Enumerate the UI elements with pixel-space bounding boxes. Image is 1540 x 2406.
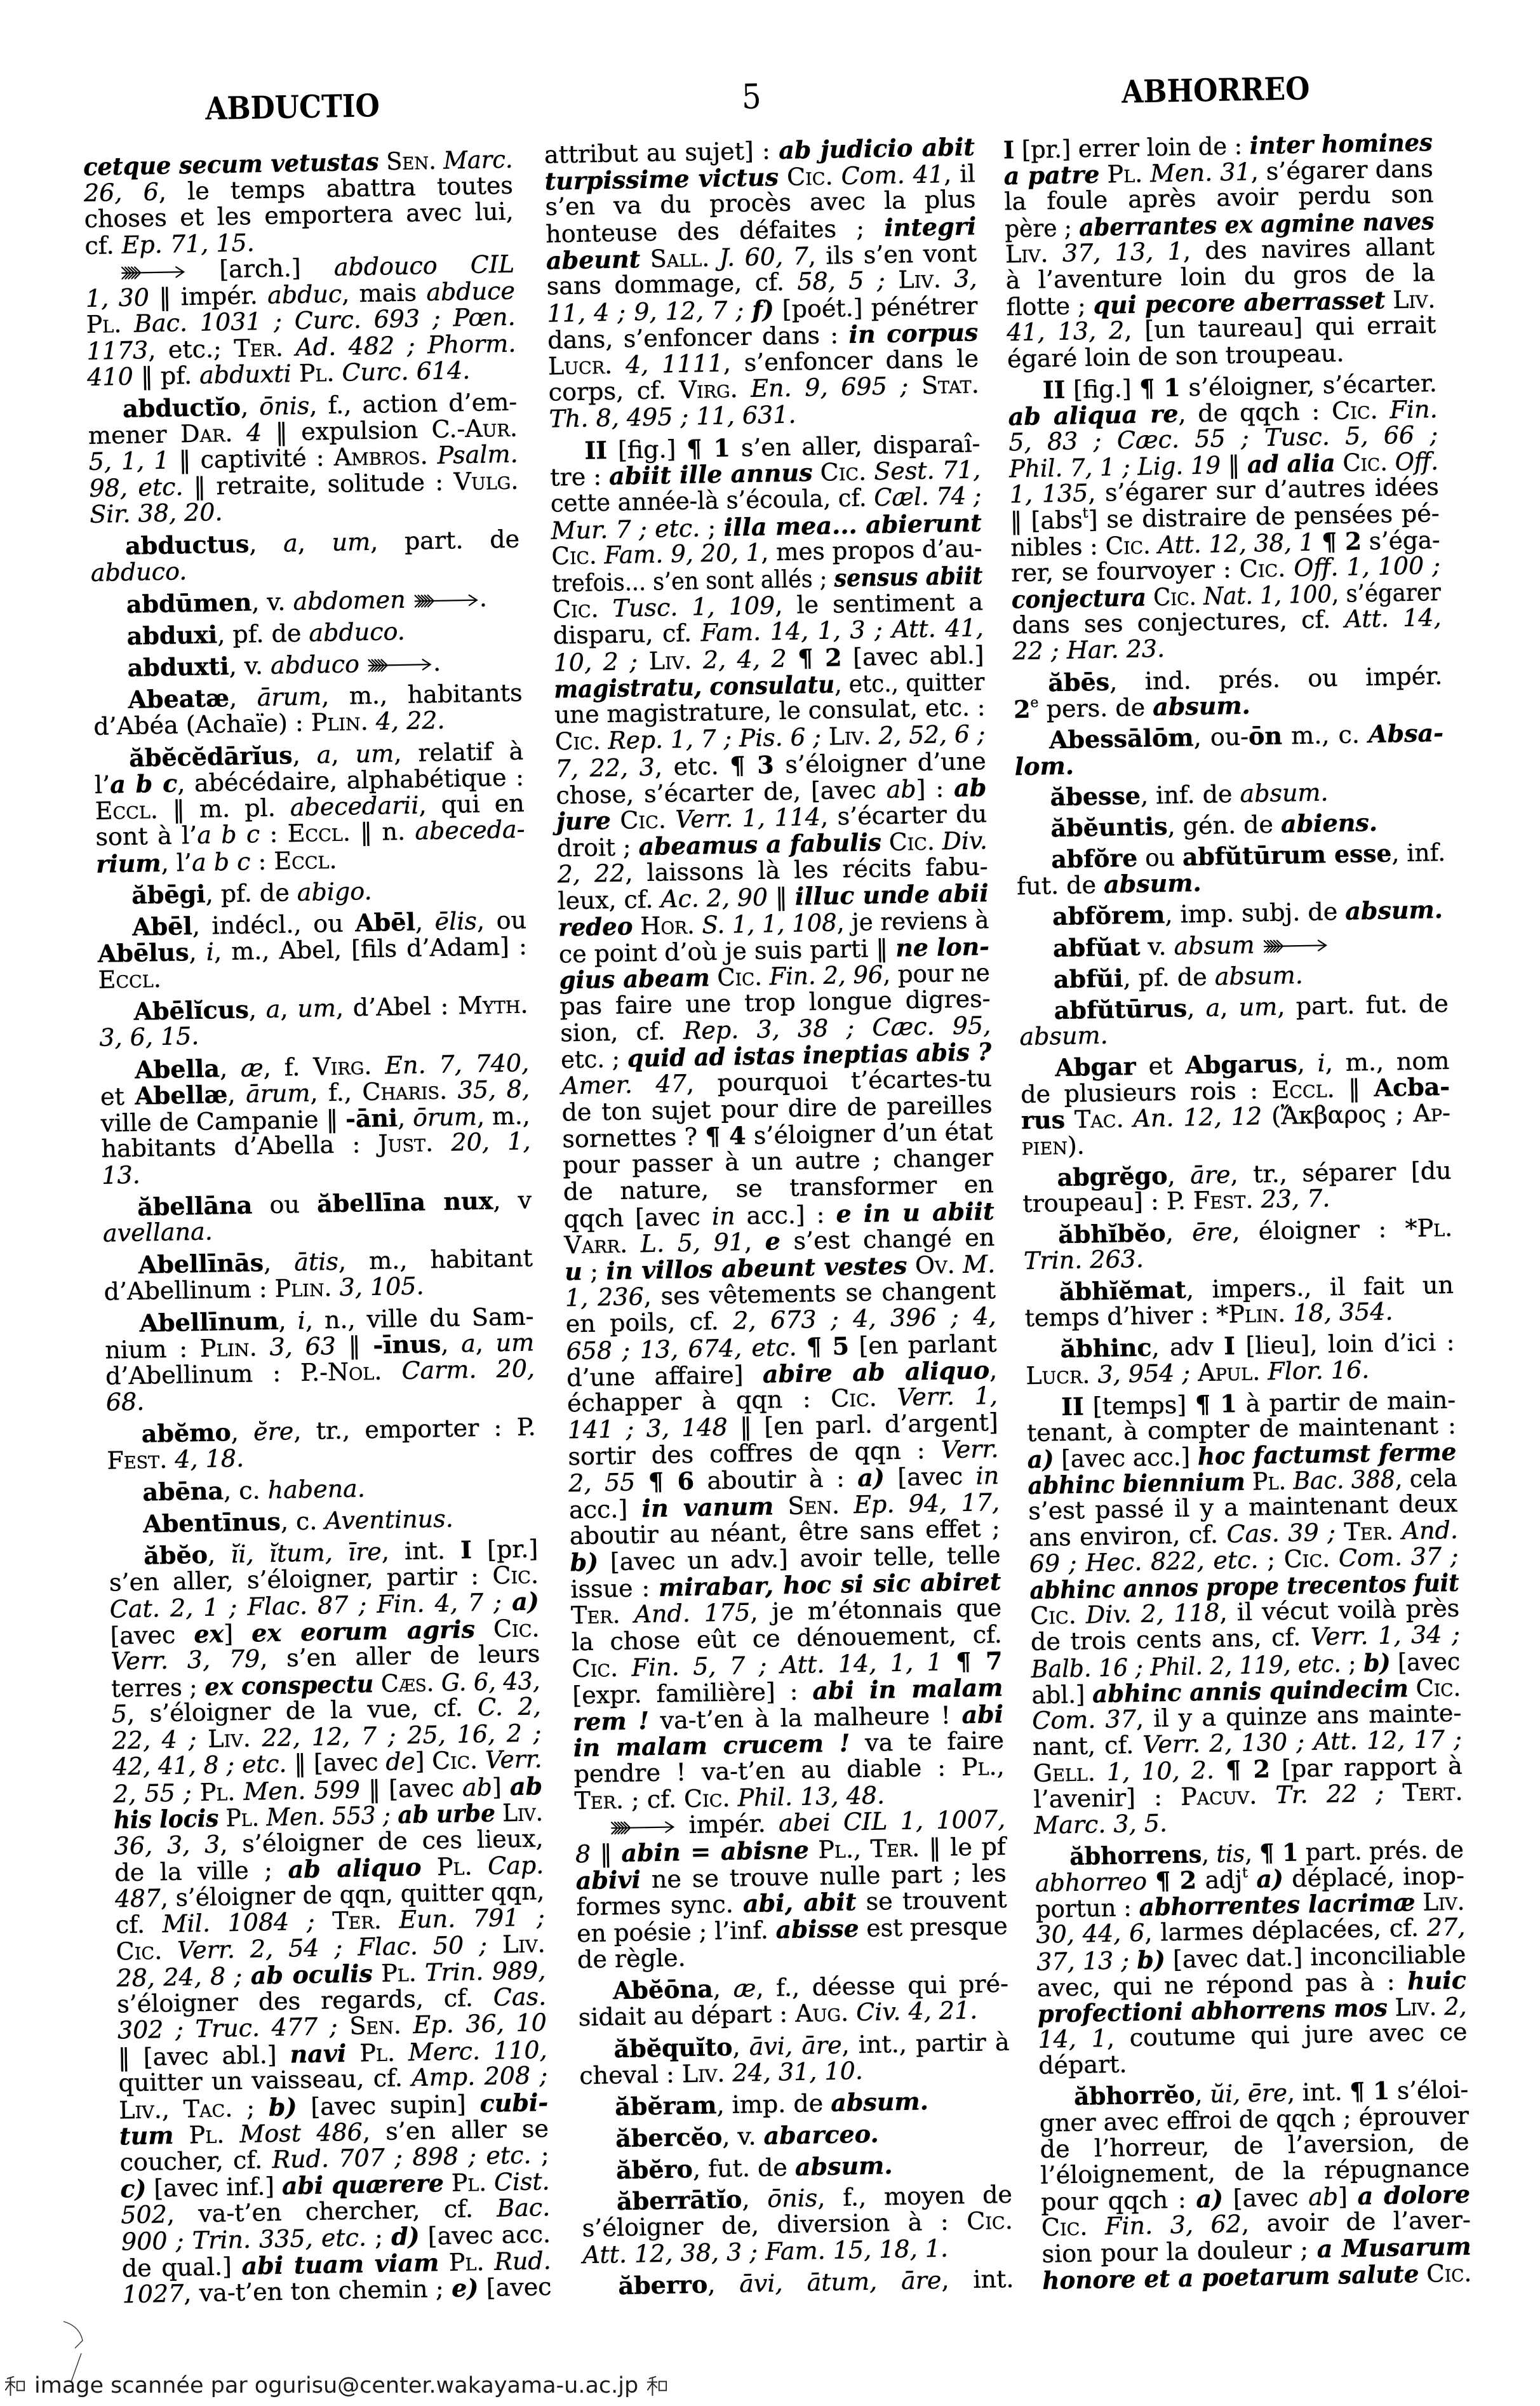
latin-example: f) bbox=[752, 295, 774, 324]
italic-reference: Cap. bbox=[488, 1851, 544, 1880]
text-line: 410 ‖ pf. abduxti Pl. Curc. 614. bbox=[87, 357, 517, 391]
author-abbreviation: Liv. bbox=[502, 1930, 546, 1958]
text-run bbox=[1087, 2212, 1105, 2240]
bold-text: ăbĕquĭto bbox=[613, 2033, 733, 2063]
text-run bbox=[173, 2121, 189, 2149]
author-abbreviation: Apul. bbox=[1198, 1357, 1261, 1387]
text-run: terres ; bbox=[111, 1673, 205, 1703]
text-run: [avec abl.] bbox=[841, 641, 984, 671]
bold-text: Abgarus bbox=[1185, 1049, 1297, 1079]
text-line: d’Abéa (Achaïe) : Plin. 4, 22. bbox=[93, 706, 523, 740]
italic-reference: Ac. 2, 90 bbox=[660, 884, 768, 913]
text-line: abduxti, v. abduco . bbox=[92, 647, 522, 682]
dictionary-entry: abduxi, pf. de abduco. bbox=[91, 615, 521, 650]
text-run: , relatif à bbox=[394, 737, 524, 767]
italic-reference: 18, 354. bbox=[1293, 1298, 1393, 1327]
text-run bbox=[1335, 449, 1343, 477]
author-abbreviation: Sen. bbox=[386, 147, 436, 175]
text-run bbox=[907, 1251, 915, 1279]
entry-continuation: cetque secum vetustas Sen. Marc.26, 6, l… bbox=[83, 146, 514, 259]
italic-reference: abduc bbox=[267, 279, 342, 309]
text-run: ; cf. bbox=[624, 1785, 685, 1814]
column-1: cetque secum vetustas Sen. Marc.26, 6, l… bbox=[83, 146, 552, 2308]
text-line: Th. 8, 495 ; 11, 631. bbox=[549, 398, 980, 433]
bold-text: I bbox=[460, 1535, 472, 1564]
latin-example: b) bbox=[1137, 1945, 1165, 1974]
text-run: , bbox=[707, 2270, 740, 2299]
italic-reference: 2, 55 bbox=[568, 1468, 636, 1498]
latin-example: abeamus a fabulis bbox=[638, 828, 881, 861]
text-run: , bbox=[1165, 1218, 1192, 1247]
superscript: e bbox=[1030, 695, 1039, 711]
text-run: , bbox=[475, 1329, 496, 1358]
italic-reference: 3, bbox=[954, 265, 977, 293]
latin-example: a) bbox=[1196, 2184, 1223, 2214]
bold-text: 2 bbox=[1014, 695, 1031, 723]
italic-reference: Bac. bbox=[497, 2193, 551, 2222]
text-run: est presque bbox=[859, 1912, 1008, 1942]
text-line: ăbĕram, imp. de absum. bbox=[580, 2087, 1011, 2121]
text-run: ‖ [avec bbox=[360, 1773, 463, 1803]
italic-reference: 5 bbox=[111, 1700, 127, 1728]
dictionary-entry: abēna, c. habena. bbox=[107, 1472, 537, 1506]
text-run: égaré loin de son troupeau. bbox=[1007, 339, 1344, 373]
italic-reference: 2, 52, 6 ; bbox=[878, 720, 986, 749]
text-run bbox=[1142, 159, 1151, 187]
italic-reference: ab bbox=[462, 1773, 493, 1801]
dictionary-entry: abĕmo, ĕre, tr., emporter : P.Fest. 4, 1… bbox=[106, 1414, 536, 1474]
text-run bbox=[1408, 1674, 1416, 1702]
right-guide-word: ABHORREO bbox=[1122, 74, 1310, 109]
author-abbreviation: Liv. bbox=[1423, 1888, 1465, 1916]
text-run: , bbox=[1220, 993, 1239, 1022]
text-run bbox=[427, 441, 438, 469]
text-run bbox=[1076, 1601, 1086, 1629]
italic-reference: Sest. 71, bbox=[874, 455, 981, 485]
text-run: , bbox=[249, 530, 284, 558]
text-run bbox=[283, 333, 295, 361]
italic-reference: Com. 37 ; bbox=[1339, 1542, 1459, 1572]
author-abbreviation: Pl. bbox=[818, 1835, 854, 1864]
text-line: d’Abellinum : Plin. 3, 105. bbox=[104, 1271, 533, 1305]
latin-example: abeunt bbox=[546, 245, 641, 275]
text-run: , c. bbox=[224, 1476, 268, 1505]
bold-text: Abēlĭcus bbox=[133, 995, 249, 1025]
text-run: flotte ; bbox=[1006, 292, 1094, 321]
text-run: [fig.] bbox=[607, 434, 687, 464]
text-run bbox=[382, 1357, 402, 1385]
text-run bbox=[1147, 1867, 1156, 1895]
text-run: ‖ retraite, solitude : bbox=[183, 467, 454, 501]
bold-text: ¶ 3 bbox=[730, 750, 774, 779]
text-run bbox=[761, 963, 770, 991]
dictionary-entry: ăbhorrĕo, ŭi, ēre, int. ¶ 1 s’éloi-gner … bbox=[1039, 2076, 1472, 2294]
italic-reference: Carm. 20, bbox=[401, 1354, 535, 1385]
author-abbreviation: Ter. bbox=[574, 1785, 624, 1814]
latin-example: Absa- bbox=[1369, 718, 1444, 748]
text-run: ; bbox=[366, 2223, 392, 2252]
italic-reference: a bbox=[283, 529, 298, 557]
author-abbreviation: Pl. bbox=[449, 2248, 485, 2276]
text-run: , inf. de bbox=[1141, 780, 1240, 810]
text-run: , s’égarer bbox=[1332, 578, 1442, 608]
text-run: , bbox=[1167, 1161, 1191, 1190]
latin-example: conjectura bbox=[1012, 583, 1147, 614]
italic-reference: abigo. bbox=[297, 877, 372, 906]
italic-reference: Verr. bbox=[485, 1745, 542, 1774]
column-3: I [pr.] errer loin de : inter hominesa p… bbox=[1003, 129, 1472, 2294]
latin-example: absum. bbox=[1153, 690, 1250, 721]
italic-reference: 2, 4, 2 bbox=[702, 645, 787, 674]
author-abbreviation: Cic. bbox=[1283, 1544, 1330, 1573]
text-run: ‖ bbox=[335, 1331, 373, 1360]
text-run: [arch.] bbox=[186, 253, 334, 284]
text-run: ‖ le pf bbox=[920, 1832, 1007, 1862]
italic-reference: 3, 63 bbox=[269, 1332, 336, 1361]
text-run: ‖ bbox=[1334, 1074, 1374, 1103]
dictionary-entry: [arch.] abdouco CIL1, 30 ‖ impér. abduc,… bbox=[85, 252, 517, 391]
dictionary-entry: II [temps] ¶ 1 à partir de main-tenant, … bbox=[1026, 1386, 1464, 1838]
latin-example: qui pecore aberrasset bbox=[1093, 286, 1385, 319]
bold-text: II bbox=[1061, 1392, 1084, 1421]
italic-reference: Trin. 263. bbox=[1024, 1245, 1144, 1275]
italic-reference: 1, 236 bbox=[565, 1282, 645, 1312]
text-run bbox=[596, 541, 605, 569]
italic-reference: Verr. 1, bbox=[897, 1381, 998, 1411]
text-run: droit ; bbox=[557, 833, 639, 862]
text-run: , m., Abel, [fils d’Adam] : bbox=[214, 932, 528, 966]
italic-reference: Ep. 71, 15. bbox=[121, 229, 255, 259]
text-run: , v. bbox=[229, 652, 271, 680]
text-run: , bbox=[713, 1975, 733, 2003]
dictionary-entry: II [fig.] ¶ 1 s’en aller, disparaî-tre :… bbox=[549, 430, 1005, 1815]
italic-reference: abecedarii bbox=[290, 791, 418, 821]
text-run bbox=[786, 645, 798, 673]
italic-reference: abduco. bbox=[91, 557, 187, 587]
bold-text: ¶ 2 bbox=[1226, 1754, 1271, 1784]
author-abbreviation: Cic. bbox=[492, 1561, 539, 1589]
text-run: , bbox=[264, 1248, 295, 1277]
author-abbreviation: Ambros. bbox=[333, 441, 428, 471]
latin-example: e bbox=[765, 1227, 780, 1255]
italic-reference: abduco. bbox=[309, 617, 405, 647]
text-run bbox=[1384, 1778, 1403, 1807]
text-run: : bbox=[250, 847, 274, 875]
text-run: [avec inf.] bbox=[146, 2172, 282, 2203]
author-abbreviation: Liv. bbox=[502, 1798, 543, 1827]
dictionary-entry: ăbhinc, adv I [lieu], loin d’ici :Lucr. … bbox=[1025, 1329, 1455, 1389]
italic-reference: 3, 105. bbox=[339, 1272, 424, 1301]
italic-reference: āre bbox=[1190, 1160, 1231, 1189]
bold-text: ăbellīna nux bbox=[317, 1186, 493, 1218]
author-abbreviation: Varr. bbox=[564, 1230, 627, 1260]
text-run: , il bbox=[944, 159, 975, 188]
text-run: temps d’hiver : * bbox=[1024, 1301, 1229, 1333]
text-run: issue : bbox=[570, 1574, 659, 1604]
author-abbreviation: pien bbox=[1021, 1131, 1068, 1160]
author-abbreviation: Pl. bbox=[225, 1804, 259, 1832]
text-run bbox=[346, 2039, 360, 2067]
text-run bbox=[196, 1725, 208, 1753]
italic-reference: habena. bbox=[267, 1474, 365, 1504]
author-abbreviation: Ter. bbox=[1344, 1517, 1393, 1545]
author-abbreviation: Tert. bbox=[1402, 1777, 1463, 1806]
author-abbreviation: Lucr. bbox=[548, 351, 613, 380]
text-run: ; bbox=[1341, 1649, 1363, 1677]
bold-text: ¶ 2 bbox=[1155, 1865, 1197, 1895]
text-run: , imp. subj. de bbox=[1165, 897, 1346, 929]
italic-reference: Civ. 4, 21. bbox=[856, 1996, 978, 2026]
author-abbreviation: Cic. bbox=[572, 1654, 618, 1683]
bold-text: abductus bbox=[125, 530, 250, 561]
author-abbreviation: Gell. bbox=[1033, 1759, 1095, 1788]
author-abbreviation: Cic. bbox=[551, 542, 597, 570]
author-abbreviation: Cic. bbox=[1030, 1601, 1076, 1630]
text-run: [avec bbox=[1223, 2183, 1309, 2212]
text-run bbox=[224, 2120, 240, 2148]
text-run: cette année-là s’écoula, cf. bbox=[551, 483, 874, 517]
dictionary-entry: ăbercĕo, v. abarceo. bbox=[580, 2118, 1012, 2153]
text-run bbox=[1257, 1781, 1276, 1810]
text-run: , fut. de bbox=[692, 2153, 795, 2183]
author-abbreviation: Liv. bbox=[681, 2059, 725, 2087]
text-line: ăbercĕo, v. abarceo. bbox=[580, 2118, 1012, 2153]
latin-example: lom. bbox=[1014, 751, 1074, 781]
text-run: fut. de bbox=[1017, 871, 1104, 901]
text-run bbox=[121, 310, 135, 338]
dictionary-entry: Abēl, indécl., ou Abēl, ēlis, ouAbēlus, … bbox=[97, 906, 528, 993]
text-run bbox=[372, 1959, 381, 1987]
text-run: , int. bbox=[1287, 2078, 1350, 2107]
text-run bbox=[709, 243, 720, 271]
text-run bbox=[871, 722, 879, 749]
italic-reference: 36, 3, 3 bbox=[114, 1830, 220, 1860]
text-run: , c. bbox=[280, 1507, 325, 1535]
text-run: père ; bbox=[1005, 213, 1080, 243]
text-run bbox=[235, 1777, 244, 1805]
text-line: absum. bbox=[1019, 1016, 1449, 1051]
text-run bbox=[934, 827, 942, 855]
text-line: 22 ; Har. 23. bbox=[1012, 631, 1442, 665]
bold-text: abĕmo bbox=[141, 1418, 231, 1448]
text-run: , bbox=[229, 683, 258, 712]
bold-text: ăbercĕo bbox=[615, 2122, 723, 2153]
bold-text: Abēlus bbox=[97, 938, 189, 969]
dictionary-entry: abduxti, v. abduco . bbox=[92, 647, 522, 682]
author-abbreviation: Eccl. bbox=[1271, 1075, 1335, 1104]
italic-reference: Flor. 16. bbox=[1268, 1355, 1370, 1385]
text-run: [avec bbox=[1390, 1647, 1460, 1676]
italic-reference: Verr. 1, 34 ; bbox=[1310, 1620, 1460, 1651]
text-run bbox=[627, 1230, 641, 1258]
bold-text: ăbĕuntis bbox=[1050, 812, 1168, 842]
text-run: se trouvent bbox=[856, 1885, 1007, 1916]
text-run: , pf. de bbox=[205, 878, 297, 908]
italic-reference: 4, 1111 bbox=[626, 349, 724, 379]
text-run: ‖ bbox=[591, 1839, 622, 1868]
text-run: portun : bbox=[1035, 1893, 1139, 1923]
text-run bbox=[881, 828, 889, 856]
text-run: , bbox=[227, 1080, 246, 1109]
author-abbreviation: Cic. bbox=[967, 2207, 1013, 2235]
author-abbreviation: Cæs. bbox=[380, 1669, 434, 1698]
italic-reference: ārum bbox=[257, 682, 321, 711]
latin-example: e) bbox=[452, 2273, 479, 2302]
text-run: , v bbox=[493, 1186, 532, 1214]
bold-text: Abessālōm bbox=[1049, 723, 1194, 754]
wa-kanji-icon bbox=[5, 2375, 25, 2396]
author-abbreviation: Liv. bbox=[119, 2095, 162, 2124]
author-abbreviation: Cic. bbox=[620, 806, 666, 835]
latin-example: abi, abit bbox=[743, 1888, 857, 1918]
text-run bbox=[942, 1648, 956, 1676]
bold-text: ōn bbox=[1249, 721, 1283, 750]
text-run: , bbox=[278, 1307, 298, 1335]
latin-example: a) bbox=[1256, 1864, 1283, 1893]
author-abbreviation: Plin. bbox=[1228, 1300, 1286, 1329]
italic-reference: Rud. bbox=[494, 2247, 551, 2276]
dictionary-entry: abfŭi, pf. de absum. bbox=[1019, 958, 1449, 993]
bold-text: ¶ 1 bbox=[1139, 373, 1181, 402]
text-run bbox=[486, 2168, 495, 2196]
italic-reference: Ad. 482 ; Phorm. bbox=[295, 329, 516, 361]
italic-reference: avellana. bbox=[103, 1218, 213, 1247]
text-line: troupeau] : P. Fest. 23, 7. bbox=[1022, 1183, 1452, 1218]
text-run bbox=[833, 162, 841, 190]
italic-reference: 14, 1 bbox=[1038, 2024, 1107, 2053]
dictionary-entry: ăbhĭĕmat, impers., il fait untemps d’hiv… bbox=[1024, 1272, 1454, 1332]
author-abbreviation: Plin. bbox=[274, 1274, 332, 1303]
italic-reference: 30, 44, 6 bbox=[1036, 1919, 1145, 1949]
text-run: ; bbox=[582, 1257, 606, 1286]
text-run: , bbox=[280, 995, 298, 1023]
text-run bbox=[737, 375, 751, 403]
italic-reference: 1173 bbox=[86, 336, 149, 365]
author-abbreviation: Cic. bbox=[493, 1614, 540, 1643]
text-line: égaré loin de son troupeau. bbox=[1007, 339, 1437, 373]
text-run bbox=[250, 1724, 262, 1752]
bold-text: abēna bbox=[142, 1476, 224, 1506]
text-run: , ou- bbox=[1193, 722, 1249, 751]
text-run bbox=[1330, 1544, 1339, 1572]
text-run: tre : bbox=[550, 462, 610, 492]
author-abbreviation: Cic. bbox=[1105, 531, 1151, 560]
scan-credit-text: image scannée par ogurisu@center.wakayam… bbox=[34, 2373, 638, 2398]
latin-example: abhorrentes lacrimæ bbox=[1139, 1888, 1416, 1921]
italic-reference: S. 1, 1, 108 bbox=[702, 908, 837, 939]
text-run: nant, cf. bbox=[1033, 1731, 1143, 1761]
text-run bbox=[337, 2012, 350, 2040]
dictionary-entry: Abellīnum, i, n., ville du Sam-nium : Pl… bbox=[104, 1303, 535, 1416]
dictionary-entry: abdūmen, v. abdomen . bbox=[91, 584, 521, 618]
bold-text: Abēl bbox=[355, 907, 415, 937]
italic-reference: Verr. bbox=[941, 1435, 998, 1464]
bold-text: abfŏre bbox=[1051, 843, 1138, 873]
text-run bbox=[191, 1778, 200, 1806]
italic-reference: Aventinus. bbox=[325, 1505, 453, 1535]
author-abbreviation: Pl. bbox=[381, 1959, 417, 1987]
latin-example: abarceo. bbox=[763, 2119, 879, 2149]
author-abbreviation: C.-Aur. bbox=[431, 413, 518, 443]
text-run: part. prés. de bbox=[1298, 1835, 1464, 1866]
italic-reference: Marc. 3, 5. bbox=[1034, 1809, 1168, 1839]
text-run bbox=[744, 296, 753, 324]
text-run: ‖ bbox=[1221, 451, 1248, 480]
text-run: de qual.] bbox=[121, 2252, 242, 2282]
text-run bbox=[372, 1051, 385, 1079]
bold-text: Abĕōna bbox=[613, 1975, 714, 2005]
text-run bbox=[1260, 1357, 1268, 1385]
text-run bbox=[694, 911, 702, 939]
latin-example: e in u abiit bbox=[836, 1196, 994, 1228]
text-run bbox=[876, 1383, 897, 1412]
author-abbreviation: Ter. bbox=[870, 1834, 920, 1862]
author-abbreviation: Virg. bbox=[313, 1051, 372, 1080]
italic-reference: Sir. 38, 20. bbox=[90, 498, 223, 528]
italic-reference: 23, 7. bbox=[1261, 1184, 1330, 1213]
italic-reference: Att. 12, 38, 1 bbox=[1158, 528, 1315, 558]
text-line: ăbĕro, fut. de absum. bbox=[581, 2149, 1012, 2184]
text-run bbox=[331, 1274, 340, 1301]
text-run: , int. bbox=[381, 1536, 460, 1566]
text-run: en poésie ; l’inf. bbox=[577, 1916, 776, 1948]
bold-text: abfŭat bbox=[1053, 932, 1141, 962]
italic-reference: ĕre bbox=[253, 1418, 294, 1446]
italic-reference: M. bbox=[963, 1250, 996, 1279]
dictionary-entry: abductĭo, ōnis, f., action d’em-mener Da… bbox=[88, 389, 519, 528]
dictionary-entry: II [fig.] ¶ 1 s’éloigner, s’écarter.ab a… bbox=[1008, 370, 1442, 665]
feathered-arrow-icon bbox=[120, 256, 187, 285]
text-run: , int. bbox=[941, 2265, 1014, 2294]
text-run: , bbox=[441, 1330, 462, 1359]
italic-reference: 4, 18. bbox=[175, 1444, 244, 1474]
italic-reference: ab bbox=[1308, 2182, 1339, 2211]
text-run bbox=[666, 805, 675, 833]
text-line: ăbēgi, pf. de abigo. bbox=[97, 875, 526, 909]
text-run: [fig.] bbox=[1065, 374, 1140, 403]
text-run: , bbox=[231, 1418, 253, 1447]
author-abbreviation: Pl. bbox=[199, 1778, 235, 1806]
text-run: , bbox=[241, 393, 260, 421]
text-run: disparu, cf. bbox=[552, 619, 701, 650]
bold-text: ¶ 2 bbox=[1322, 527, 1362, 556]
text-run: [avec bbox=[478, 2273, 552, 2302]
text-run: ] bbox=[1338, 2182, 1358, 2211]
text-run: ; bbox=[700, 513, 724, 542]
text-run bbox=[502, 1588, 512, 1616]
italic-reference: a b c bbox=[192, 847, 251, 877]
text-run: et bbox=[1135, 1051, 1185, 1080]
text-run bbox=[439, 2248, 450, 2276]
text-run: qqch [avec bbox=[563, 1202, 712, 1233]
italic-reference: Amer. 47 bbox=[561, 1070, 686, 1100]
author-abbreviation: Liv. bbox=[648, 647, 692, 675]
author-abbreviation: Tac. bbox=[183, 2094, 232, 2123]
text-run: ] bbox=[224, 1619, 252, 1648]
italic-reference: Att. 12, 38, 3 ; Fam. 15, 18, 1. bbox=[582, 2234, 948, 2269]
dictionary-entry: ăbellāna ou ăbellīna nux, vavellana. bbox=[102, 1186, 532, 1247]
author-abbreviation: Sen. bbox=[787, 1491, 840, 1520]
author-abbreviation: Pl. bbox=[1252, 1467, 1287, 1496]
italic-reference: 1, 30 bbox=[86, 283, 150, 313]
dictionary-entry: Abellīnās, ātis, m., habitantd’Abellinum… bbox=[104, 1245, 533, 1305]
text-run bbox=[474, 1615, 493, 1643]
italic-reference: Verr. 3, 79 bbox=[110, 1644, 260, 1675]
author-abbreviation: Cic. bbox=[552, 595, 599, 623]
text-line: abduco. bbox=[91, 552, 521, 586]
text-run bbox=[638, 647, 649, 675]
dictionary-entry: Abgar et Abgarus, i, m., nomde plusieurs… bbox=[1020, 1047, 1451, 1160]
